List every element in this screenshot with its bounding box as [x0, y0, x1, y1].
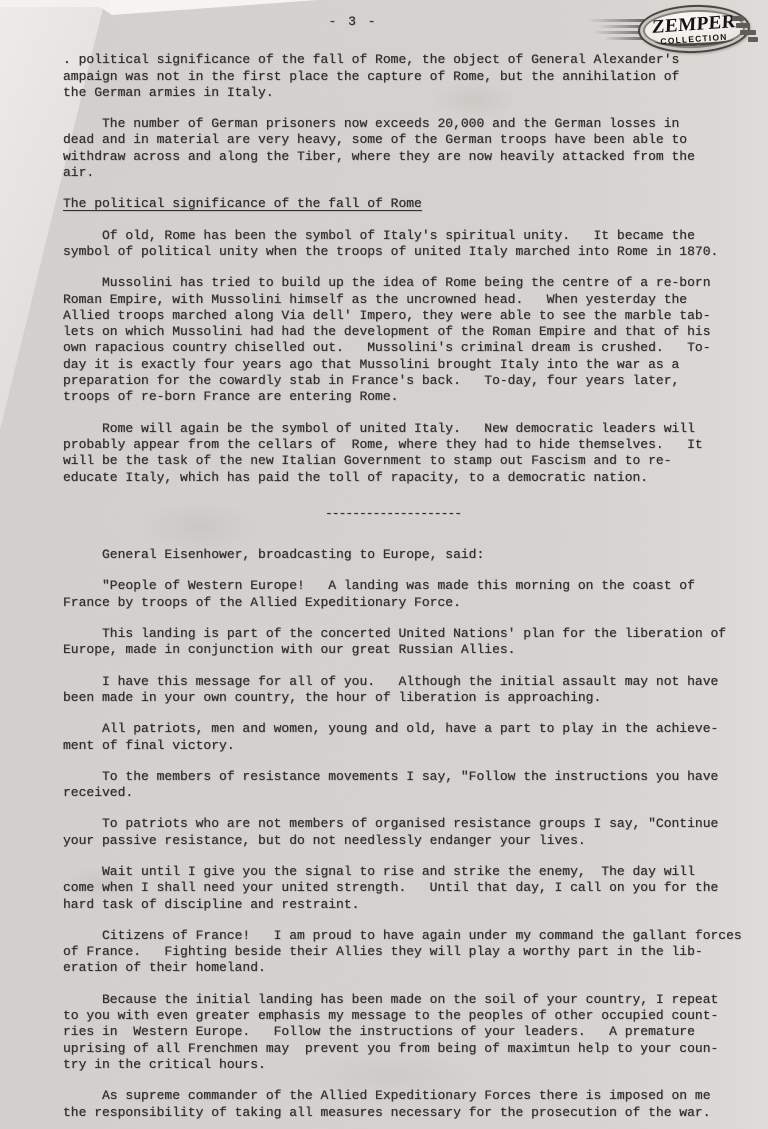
text-line: To patriots who are not members of organ…: [63, 816, 755, 832]
text-line: --------------------: [63, 506, 723, 522]
page-number: - 3 -: [63, 14, 643, 30]
scan-edge: [0, 0, 110, 7]
text-line: ment of final victory.: [63, 738, 755, 754]
paragraph: As supreme commander of the Allied Exped…: [63, 1088, 755, 1121]
text-line: symbol of political unity when the troop…: [63, 244, 755, 260]
paragraph: Rome will again be the symbol of united …: [63, 421, 755, 486]
text-line: Mussolini has tried to build up the idea…: [63, 275, 755, 291]
text-line: Of old, Rome has been the symbol of Ital…: [63, 228, 755, 244]
paragraph: . political significance of the fall of …: [63, 52, 755, 101]
separator-line: --------------------: [63, 506, 755, 522]
text-line: of France. Fighting beside their Allies …: [63, 944, 755, 960]
paragraph: General Eisenhower, broadcasting to Euro…: [63, 547, 755, 563]
text-line: try in the critical hours.: [63, 1057, 755, 1073]
text-line: hard task of discipline and restraint.: [63, 897, 755, 913]
text-line: Rome will again be the symbol of united …: [63, 421, 755, 437]
text-line: lets on which Mussolini had had the deve…: [63, 324, 755, 340]
text-line: eration of their homeland.: [63, 960, 755, 976]
text-line: All patriots, men and women, young and o…: [63, 721, 755, 737]
text-line: ampaign was not in the first place the c…: [63, 69, 755, 85]
text-line: Allied troops marched along Via dell' Im…: [63, 308, 755, 324]
text-line: to you with even greater emphasis my mes…: [63, 1008, 755, 1024]
text-line: General Eisenhower, broadcasting to Euro…: [63, 547, 755, 563]
text-line: air.: [63, 165, 755, 181]
paragraph: "People of Western Europe! A landing was…: [63, 578, 755, 611]
paragraph: I have this message for all of you. Alth…: [63, 674, 755, 707]
text-line: Citizens of France! I am proud to have a…: [63, 928, 755, 944]
text-line: Wait until I give you the signal to rise…: [63, 864, 755, 880]
text-line: received.: [63, 785, 755, 801]
text-line: Because the initial landing has been mad…: [63, 992, 755, 1008]
text-line: dead and in material are very heavy, som…: [63, 132, 755, 148]
text-line: educate Italy, which has paid the toll o…: [63, 470, 755, 486]
text-line: troops of re-born France are entering Ro…: [63, 389, 755, 405]
text-line: Roman Empire, with Mussolini himself as …: [63, 292, 755, 308]
text-line: Europe, made in conjunction with our gre…: [63, 642, 755, 658]
paragraph: Wait until I give you the signal to rise…: [63, 864, 755, 913]
text-line: been made in your own country, the hour …: [63, 690, 755, 706]
text-line: This landing is part of the concerted Un…: [63, 626, 755, 642]
text-line: I have this message for all of you. Alth…: [63, 674, 755, 690]
text-line: your passive resistance, but do not need…: [63, 833, 755, 849]
text-line: The political significance of the fall o…: [63, 196, 755, 212]
text-line: As supreme commander of the Allied Exped…: [63, 1088, 755, 1104]
paragraph: Citizens of France! I am proud to have a…: [63, 928, 755, 977]
paragraph: Because the initial landing has been mad…: [63, 992, 755, 1073]
text-line: will be the task of the new Italian Gove…: [63, 453, 755, 469]
text-line: . political significance of the fall of …: [63, 52, 755, 68]
text-line: ries in Western Europe. Follow the instr…: [63, 1024, 755, 1040]
document-body: . political significance of the fall of …: [63, 52, 755, 1121]
paragraph: This landing is part of the concerted Un…: [63, 626, 755, 659]
paragraph: Mussolini has tried to build up the idea…: [63, 275, 755, 405]
text-line: To the members of resistance movements I…: [63, 769, 755, 785]
document-page: ZEMPER COLLECTION - 3 - . political sign…: [0, 0, 768, 1129]
text-line: the responsibility of taking all measure…: [63, 1105, 755, 1121]
text-line: "People of Western Europe! A landing was…: [63, 578, 755, 594]
section-heading: The political significance of the fall o…: [63, 196, 755, 212]
text-line: day it is exactly four years ago that Mu…: [63, 357, 755, 373]
text-line: withdraw across and along the Tiber, whe…: [63, 149, 755, 165]
text-line: The number of German prisoners now excee…: [63, 116, 755, 132]
text-line: preparation for the cowardly stab in Fra…: [63, 373, 755, 389]
text-line: France by troops of the Allied Expeditio…: [63, 595, 755, 611]
paragraph: To patriots who are not members of organ…: [63, 816, 755, 849]
paragraph: To the members of resistance movements I…: [63, 769, 755, 802]
text-line: own rapacious country chiselled out. Mus…: [63, 340, 755, 356]
text-line: the German armies in Italy.: [63, 85, 755, 101]
text-line: probably appear from the cellars of Rome…: [63, 437, 755, 453]
text-line: uprising of all Frenchmen may prevent yo…: [63, 1041, 755, 1057]
paragraph: Of old, Rome has been the symbol of Ital…: [63, 228, 755, 261]
paragraph: All patriots, men and women, young and o…: [63, 721, 755, 754]
text-line: come when I shall need your united stren…: [63, 880, 755, 896]
document-text: - 3 - . political significance of the fa…: [63, 14, 755, 1129]
paragraph: The number of German prisoners now excee…: [63, 116, 755, 181]
